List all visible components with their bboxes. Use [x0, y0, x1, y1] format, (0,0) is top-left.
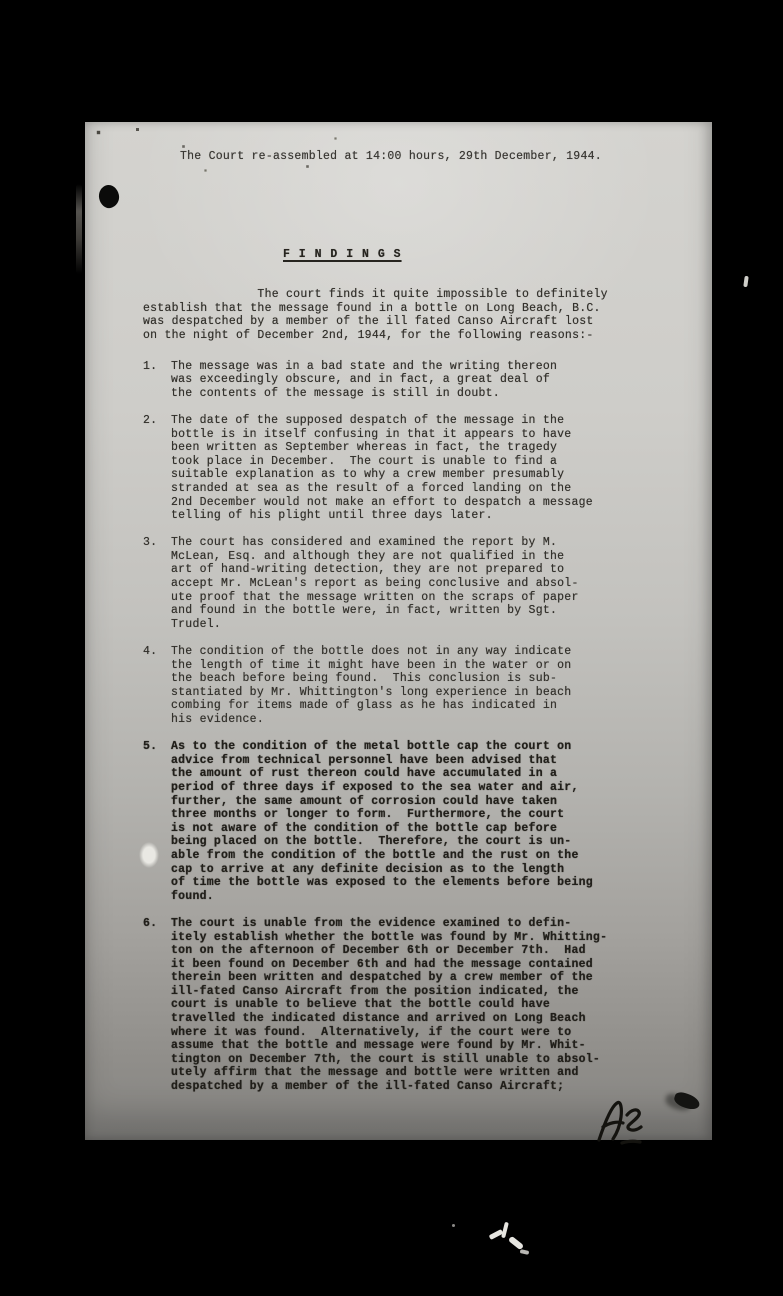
scanner-scratch — [508, 1236, 524, 1251]
finding-text: The message was in a bad state and the w… — [171, 360, 557, 401]
scan-background: { "document": { "header": "The Court re-… — [0, 0, 783, 1296]
finding-number: 4. — [143, 645, 171, 727]
intro-paragraph: The court finds it quite impossible to d… — [143, 288, 684, 342]
scanner-scratch — [501, 1222, 509, 1238]
document-body: The Court re-assembled at 14:00 hours, 2… — [143, 150, 684, 1120]
finding-item: 3. The court has considered and examined… — [143, 536, 684, 631]
finding-text: As to the condition of the metal bottle … — [171, 740, 593, 903]
findings-title: F I N D I N G S — [283, 248, 402, 262]
finding-number: 5. — [143, 740, 171, 903]
document-page: The Court re-assembled at 14:00 hours, 2… — [85, 122, 712, 1140]
finding-item: 2. The date of the supposed despatch of … — [143, 414, 684, 523]
paper-speckles — [85, 122, 86, 123]
findings-list: 1. The message was in a bad state and th… — [143, 360, 684, 1094]
signature-initials — [594, 1098, 656, 1148]
finding-text: The condition of the bottle does not in … — [171, 645, 571, 727]
finding-item: 5. As to the condition of the metal bott… — [143, 740, 684, 903]
signature-row — [143, 1098, 684, 1148]
page-edge-shadow — [76, 184, 82, 274]
finding-item: 1. The message was in a bad state and th… — [143, 360, 684, 401]
finding-number: 6. — [143, 917, 171, 1094]
finding-text: The court has considered and examined th… — [171, 536, 579, 631]
finding-number: 1. — [143, 360, 171, 401]
finding-number: 2. — [143, 414, 171, 523]
finding-text: The date of the supposed despatch of the… — [171, 414, 593, 523]
scanner-scratch — [520, 1249, 530, 1255]
scanner-debris-tick — [743, 276, 748, 287]
session-header-line: The Court re-assembled at 14:00 hours, 2… — [180, 150, 684, 164]
finding-text: The court is unable from the evidence ex… — [171, 917, 607, 1094]
finding-item: 4. The condition of the bottle does not … — [143, 645, 684, 727]
ink-blob — [97, 183, 121, 210]
finding-item: 6. The court is unable from the evidence… — [143, 917, 684, 1094]
scanner-scratch — [452, 1224, 455, 1227]
finding-number: 3. — [143, 536, 171, 631]
